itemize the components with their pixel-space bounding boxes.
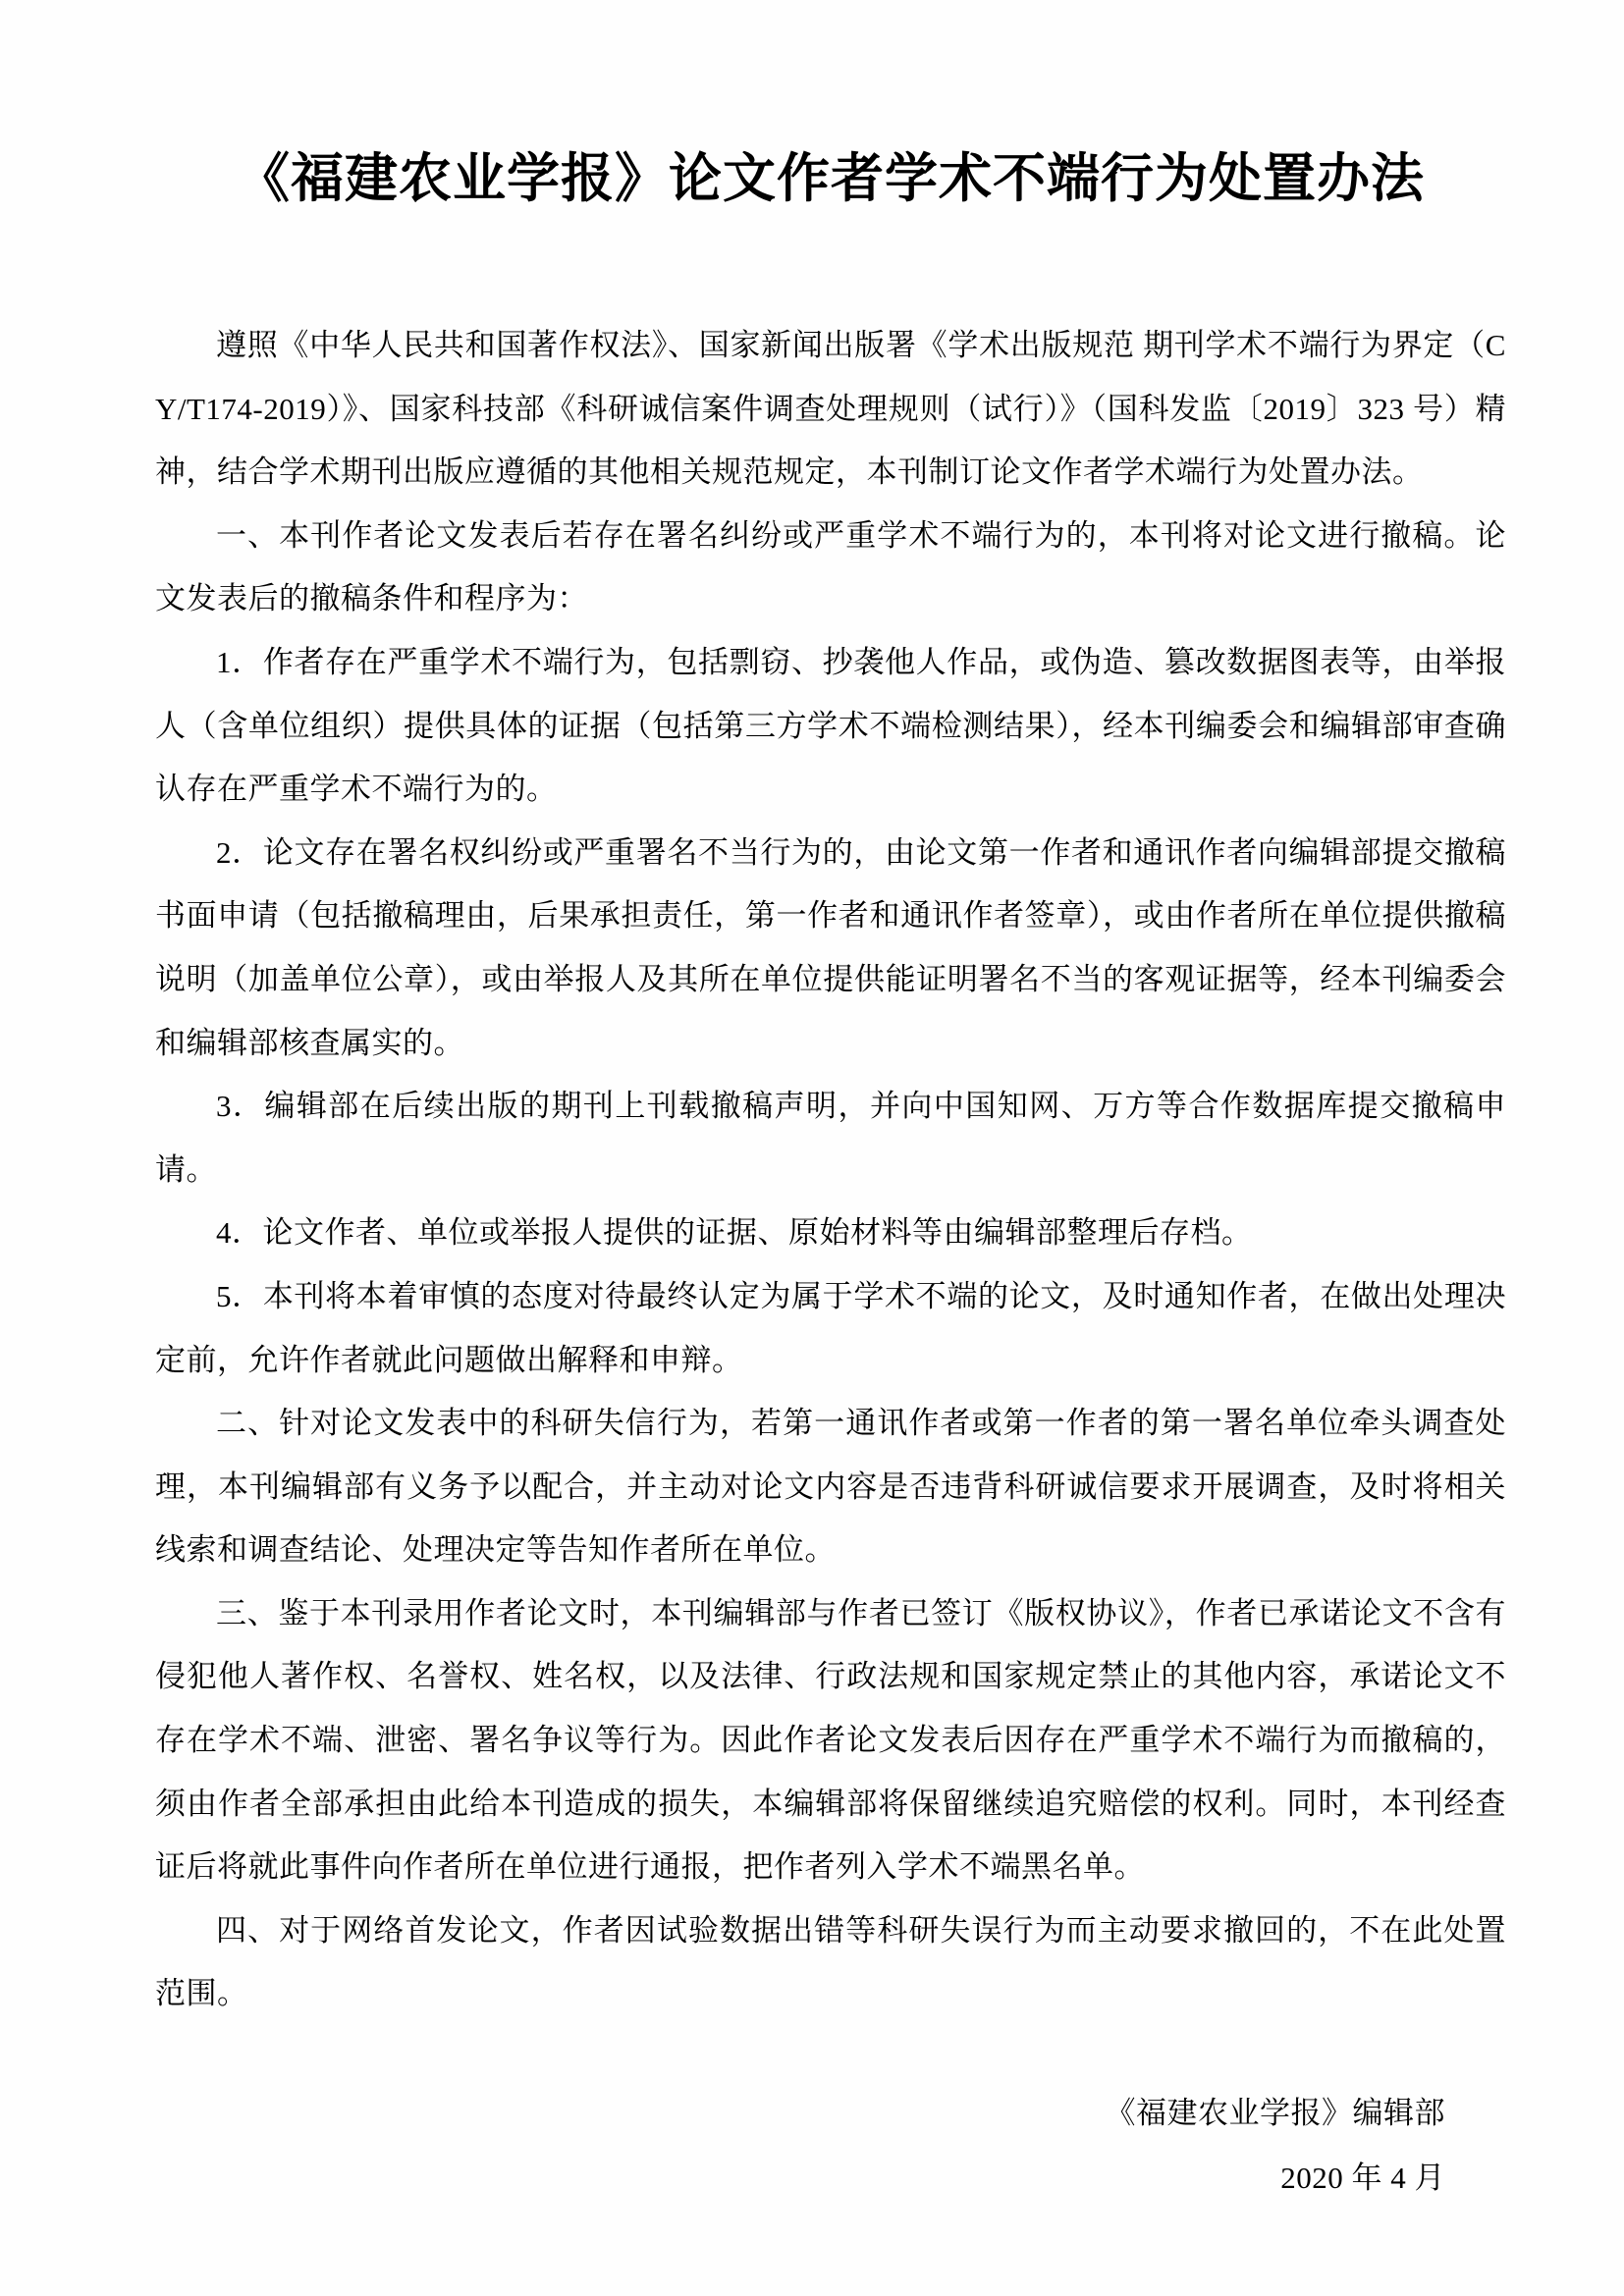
paragraph-item-4: 4．论文作者、单位或举报人提供的证据、原始材料等由编辑部整理后存档。	[155, 1201, 1506, 1265]
signature-date: 2020 年 4 月	[155, 2146, 1445, 2211]
document-page: 《福建农业学报》论文作者学术不端行为处置办法 遵照《中华人民共和国著作权法》、国…	[0, 0, 1624, 2296]
document-title: 《福建农业学报》论文作者学术不端行为处置办法	[155, 143, 1506, 214]
paragraph-item-3: 3．编辑部在后续出版的期刊上刊载撤稿声明，并向中国知网、万方等合作数据库提交撤稿…	[155, 1075, 1506, 1201]
paragraph-section-3: 三、鉴于本刊录用作者论文时，本刊编辑部与作者已签订《版权协议》，作者已承诺论文不…	[155, 1582, 1506, 1899]
paragraph-item-5: 5．本刊将本着审慎的态度对待最终认定为属于学术不端的论文，及时通知作者，在做出处…	[155, 1265, 1506, 1392]
document-body: 遵照《中华人民共和国著作权法》、国家新闻出版署《学术出版规范 期刊学术不端行为界…	[155, 314, 1506, 2026]
paragraph-section-1: 一、本刊作者论文发表后若存在署名纠纷或严重学术不端行为的，本刊将对论文进行撤稿。…	[155, 505, 1506, 631]
signature-org: 《福建农业学报》编辑部	[155, 2081, 1445, 2146]
paragraph-item-2: 2．论文存在署名权纠纷或严重署名不当行为的，由论文第一作者和通讯作者向编辑部提交…	[155, 822, 1506, 1075]
signature-block: 《福建农业学报》编辑部 2020 年 4 月	[155, 2081, 1506, 2211]
paragraph-section-2: 二、针对论文发表中的科研失信行为，若第一通讯作者或第一作者的第一署名单位牵头调查…	[155, 1392, 1506, 1582]
paragraph-section-4: 四、对于网络首发论文，作者因试验数据出错等科研失误行为而主动要求撤回的，不在此处…	[155, 1899, 1506, 2026]
paragraph-preamble: 遵照《中华人民共和国著作权法》、国家新闻出版署《学术出版规范 期刊学术不端行为界…	[155, 314, 1506, 505]
paragraph-item-1: 1．作者存在严重学术不端行为，包括剽窃、抄袭他人作品，或伪造、篡改数据图表等，由…	[155, 631, 1506, 822]
document-content: 《福建农业学报》论文作者学术不端行为处置办法 遵照《中华人民共和国著作权法》、国…	[155, 0, 1506, 2211]
